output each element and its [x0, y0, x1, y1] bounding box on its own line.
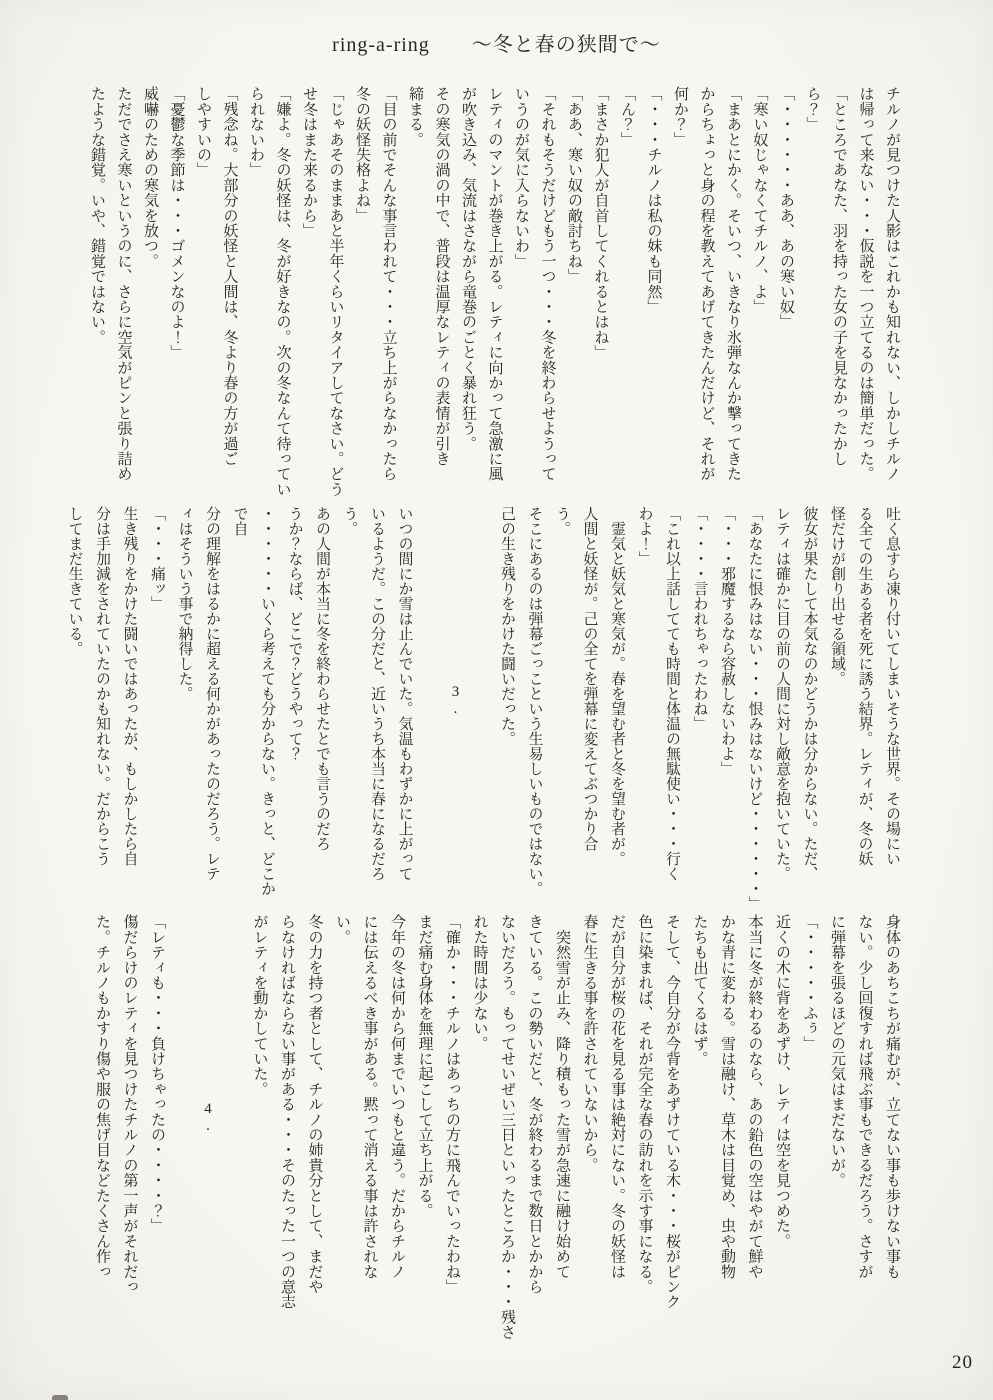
text-column: まだ痛む身体を無理に起こして立ち上がる。 [410, 914, 438, 1340]
text-column: 「これ以上話してても時間と体温の無駄使い・・・行く [658, 506, 686, 910]
text-column: 今年の冬は何から何までいつもと違う。だからチルノ [383, 914, 411, 1340]
text-column: 「まあとにかく。そいつ、いきなり氷弾なんか撃ってきた [720, 86, 747, 504]
page-number: 20 [952, 1352, 973, 1374]
text-column: 近くの木に背をあずけ、レティは空を見つめた。 [768, 914, 796, 1340]
text-column: しやすいの」 [190, 86, 217, 504]
text-column: 「・・・邪魔するなら容赦しないわよ」 [713, 506, 741, 910]
text-column: 「憂鬱な季節は・・・ゴメンなのよ！」 [163, 86, 190, 504]
text-column: 色に染まれば、それが完全な春の訪れを示す事になる。 [630, 914, 658, 1340]
text-column: 冬の力を持つ者として、チルノの姉貴分として、まだや [300, 914, 328, 1340]
text-column: チルノが見つけた人影はこれかも知れない、しかしチルノ [879, 86, 906, 504]
text-column: たような錯覚。いや、錯覚ではない。 [84, 86, 111, 504]
text-column: その寒気の渦の中で、普段は温厚なレティの表情が引き [428, 86, 455, 504]
page-header-title: ring-a-ring ～冬と春の狭間で～ [0, 28, 993, 57]
text-column: 「ああ、寒い奴の敵討ちね」 [561, 86, 588, 504]
doujinshi-page: ring-a-ring ～冬と春の狭間で～ チルノが見つけた人影はこれかも知れな… [0, 0, 993, 1400]
text-column: 己の生き残りをかけた闘いだった。 [493, 506, 521, 910]
section-number: 4. [199, 1101, 216, 1135]
text-column: だが自分が桜の花を見る事は絶対にない。冬の妖怪は [603, 914, 631, 1340]
text-column: ら？」 [799, 86, 826, 504]
text-column: 「目の前でそんな事言われて・・・立ち上がらなかったら [375, 86, 402, 504]
text-column: 「確か・・・チルノはあっちの方に飛んでいったわね」 [438, 914, 466, 1340]
text-column: レティは確かに目の前の人間に対し敵意を抱いていた。 [768, 506, 796, 910]
text-column: た。チルノもかすり傷や服の焦げ目などたくさん作っ [88, 914, 116, 1340]
section-marker: 3. [418, 506, 493, 910]
text-column: きている。この勢いだと、冬が終わるまで数日とかから [520, 914, 548, 1340]
text-column: 春に生きる事を許されていないから。 [575, 914, 603, 1340]
text-column: わよ！」 [630, 506, 658, 910]
text-column: ィはそういう事で納得した。 [170, 506, 198, 910]
text-column: 「それもそうだけどもう一つ・・・冬を終わらせようって [534, 86, 561, 504]
text-column: 「レティも・・・負けちゃったの・・・・？」 [143, 914, 171, 1340]
text-column: が吹き込み、気流はさながら竜巻のごとく暴れ狂う。 [455, 86, 482, 504]
text-column: レティのマントが巻き上がる。レティに向かって急激に風 [481, 86, 508, 504]
text-column: 分の理解をはるかに超える何かがあったのだろう。レテ [198, 506, 226, 910]
text-column: 冬の妖怪失格よね」 [349, 86, 376, 504]
text-column: る全ての生ある者を死に誘う結界。レティが、冬の妖 [850, 506, 878, 910]
text-column: うか？ならば、どこで？どうやって？ [280, 506, 308, 910]
text-column: せ冬はまた来るから」 [296, 86, 323, 504]
text-column: 「ところであなた、羽を持った女の子を見なかったかし [826, 86, 853, 504]
text-column: いつの間にか雪は止んでいた。気温もわずかに上がって [390, 506, 418, 910]
text-column: そこにあるのは弾幕ごっこという生易しいものではない。 [520, 506, 548, 910]
text-column: 生き残りをかけた闘いではあったが、もしかしたら自 [115, 506, 143, 910]
text-column: 「・・・チルノは私の妹も同然」 [640, 86, 667, 504]
text-column: れた時間は少ない。 [465, 914, 493, 1340]
text-column: 「ん？」 [614, 86, 641, 504]
text-column: う。 [335, 506, 363, 910]
text-column: からちょっと身の程を教えてあげてきたんだけど、それが [693, 86, 720, 504]
text-column: がレティを動かしていた。 [245, 914, 273, 1340]
text-column: 突然雪が止み、降り積もった雪が急速に融け始めて [548, 914, 576, 1340]
text-column: そして、今自分が今背をあずけている木・・・桜がピンク [658, 914, 686, 1340]
text-column: ただでさえ寒いというのに、さらに空気がピンと張り詰め [110, 86, 137, 504]
text-column: ・・・・・・いくら考えても分からない。きっと、どこかで自 [225, 506, 280, 910]
text-column: 身体のあちこちが痛むが、立てない事も歩けない事も [878, 914, 906, 1340]
text-column: 締まる。 [402, 86, 429, 504]
text-column: 吐く息すら凍り付いてしまいそうな世界。その場にい [878, 506, 906, 910]
text-column: 「嫌よ。冬の妖怪は、冬が好きなの。次の冬なんて待ってい [269, 86, 296, 504]
text-column: 「・・・・言われちゃったわね」 [685, 506, 713, 910]
text-column: ないだろう。もってせいぜい三日といったところか・・・残さ [493, 914, 521, 1340]
text-band-1: チルノが見つけた人影はこれかも知れない、しかしチルノは帰って来ない・・・仮説を一… [84, 86, 906, 504]
text-column: いうのが気に入らないわ」 [508, 86, 535, 504]
text-column: たちも出てくるはず。 [685, 914, 713, 1340]
text-column: 何か？」 [667, 86, 694, 504]
text-column: 人間と妖怪が。己の全てを弾幕に変えてぶつかり合 [575, 506, 603, 910]
text-band-2: 吐く息すら凍り付いてしまいそうな世界。その場にいる全ての生ある者を死に誘う結界。… [60, 506, 905, 910]
section-marker: 4. [170, 914, 245, 1340]
text-column: 「・・・・・・ああ、あの寒い奴」 [773, 86, 800, 504]
text-column: 彼女が果たして本気なのかどうかは分からない。ただ、 [795, 506, 823, 910]
text-column: う。 [548, 506, 576, 910]
section-number: 3. [447, 684, 464, 718]
scan-artifact [52, 1395, 68, 1400]
text-column: らなければならない事がある・・・そのたった一つの意志 [273, 914, 301, 1340]
text-column: は帰って来ない・・・仮説を一つ立てるのは簡単だった。 [852, 86, 879, 504]
text-column: られないわ」 [243, 86, 270, 504]
text-column: 「あなたに恨みはない・・・恨みはないけど・・・・・・」 [740, 506, 768, 910]
text-column: 傷だらけのレティを見つけたチルノの第一声がそれだっ [115, 914, 143, 1340]
text-column: してまだ生きている。 [60, 506, 88, 910]
text-column: 分は手加減をされていたのかも知れない。だからこう [88, 506, 116, 910]
text-column: には伝えるべき事がある。黙って消える事は許されな [355, 914, 383, 1340]
text-column: 「・・・・・ふぅ」 [795, 914, 823, 1340]
text-band-3: 身体のあちこちが痛むが、立てない事も歩けない事もない。少し回復すれば飛ぶ事もでき… [88, 914, 906, 1340]
text-column: 怪だけが創り出せる領域。 [823, 506, 851, 910]
text-column: 「寒い奴じゃなくてチルノ、よ」 [746, 86, 773, 504]
text-column: かな青に変わる。雪は融け、草木は目覚め、虫や動物 [713, 914, 741, 1340]
text-column: いるようだ。この分だと、近いうち本当に春になるだろ [363, 506, 391, 910]
text-column: 本当に冬が終わるのなら、あの鉛色の空はやがて鮮や [740, 914, 768, 1340]
text-column: に弾幕を張るほどの元気はまだないが。 [823, 914, 851, 1340]
text-column: い。 [328, 914, 356, 1340]
text-column: 「じゃあそのままあと半年くらいリタイアしてなさい。どう [322, 86, 349, 504]
text-column: 威嚇のための寒気を放つ。 [137, 86, 164, 504]
text-column: 「残念ね。大部分の妖怪と人間は、冬より春の方が過ご [216, 86, 243, 504]
text-column: 「・・・痛ッ」 [143, 506, 171, 910]
text-column: 霊気と妖気と寒気が。春を望む者と冬を望む者が。 [603, 506, 631, 910]
text-column: あの人間が本当に冬を終わらせたとでも言うのだろ [308, 506, 336, 910]
text-column: 「まさか犯人が自首してくれるとはね」 [587, 86, 614, 504]
text-column: ない。少し回復すれば飛ぶ事もできるだろう。さすが [850, 914, 878, 1340]
